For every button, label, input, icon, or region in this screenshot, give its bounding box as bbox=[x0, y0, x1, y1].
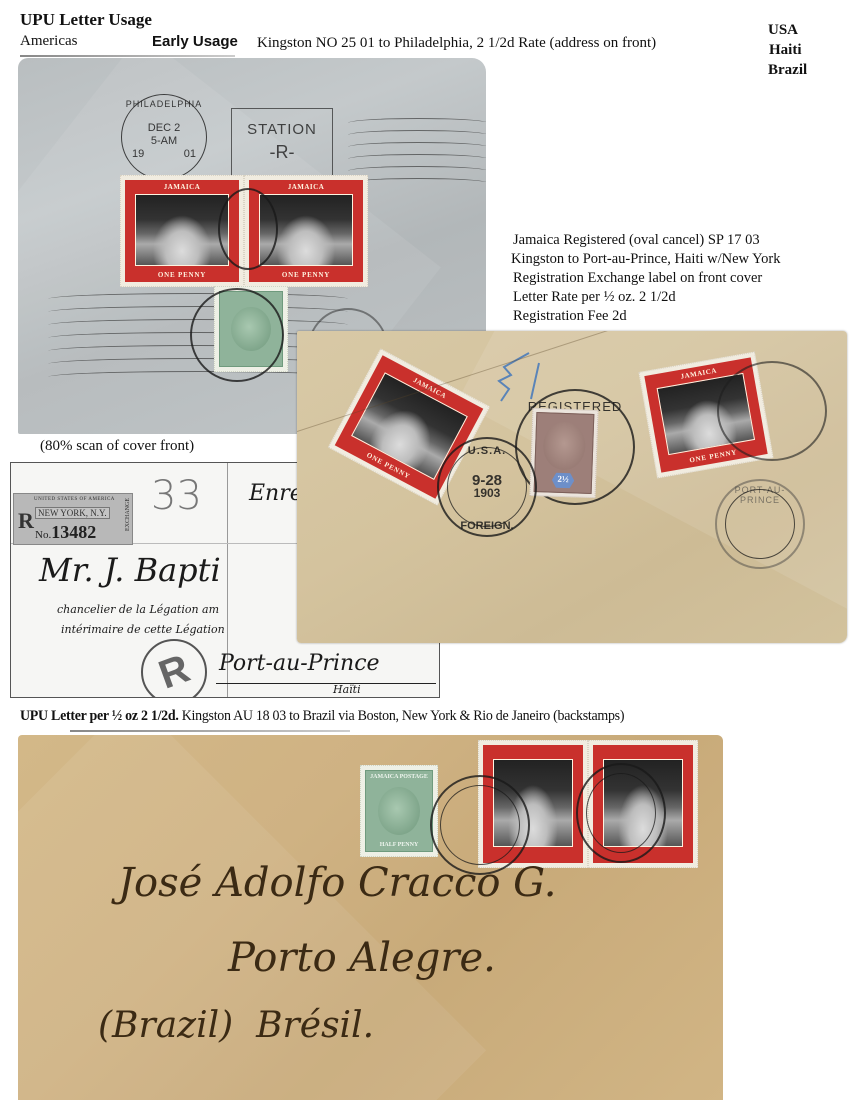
postmark-city: PHILADELPHIA bbox=[122, 99, 206, 109]
postmark-year-left: 19 bbox=[132, 148, 144, 161]
r-handstamp: R bbox=[141, 639, 207, 698]
early-usage-label: Early Usage bbox=[152, 33, 238, 50]
reg-label-exchange: EXCHANGE bbox=[125, 498, 131, 531]
region-label: Americas bbox=[20, 33, 77, 50]
kingston-cds-postmark bbox=[190, 288, 284, 382]
wavy-cancel-line bbox=[348, 178, 486, 188]
address-country: (Brazil) Brésil. bbox=[98, 1005, 374, 1046]
stamp-value: HALF PENNY bbox=[366, 842, 432, 848]
reg-label-r: R bbox=[18, 508, 34, 534]
address-city: Port-au-Prince bbox=[219, 651, 380, 676]
stamp-denomination: 2½ bbox=[552, 472, 575, 488]
header-divider bbox=[20, 55, 235, 57]
postmark-year-right: 01 bbox=[184, 148, 196, 161]
scan-note: (80% scan of cover front) bbox=[40, 438, 194, 455]
wavy-cancel-line bbox=[48, 293, 348, 305]
note-line: Letter Rate per ½ oz. 2 1/2d bbox=[513, 288, 780, 307]
cover-haiti-back: JAMAICA ONE PENNY REGISTERED 2½ U.S.A. 9… bbox=[297, 331, 847, 643]
kingston-cancel bbox=[218, 188, 278, 270]
reg-label-number: 13482 bbox=[51, 522, 96, 542]
address-line: intérimaire de cette Légation bbox=[61, 623, 225, 636]
postmark-date: DEC 2 bbox=[148, 122, 180, 135]
port-au-prince-text: PORT-AU-PRINCE bbox=[717, 485, 803, 505]
page-title: UPU Letter Usage bbox=[20, 10, 152, 30]
stamp-country: JAMAICA bbox=[125, 183, 239, 191]
flag-cancel-letter: -R- bbox=[232, 142, 332, 163]
note-line: Jamaica Registered (oval cancel) SP 17 0… bbox=[513, 231, 780, 250]
queen-portrait bbox=[378, 787, 420, 835]
philadelphia-postmark: PHILADELPHIA DEC 2 5-AM 19 01 bbox=[121, 94, 207, 180]
wavy-cancel-line bbox=[348, 130, 486, 140]
wavy-cancel-line bbox=[348, 166, 486, 176]
wavy-cancel-line bbox=[348, 154, 486, 164]
ny-postmark-date: 9-28 bbox=[472, 474, 502, 487]
note-line: Registration Fee 2d bbox=[513, 307, 780, 326]
jamaica-halfpenny-stamp: JAMAICA POSTAGE HALF PENNY bbox=[360, 765, 438, 857]
reg-label-no-prefix: No. bbox=[35, 529, 51, 541]
kingston-postmark bbox=[576, 763, 666, 863]
cover-brazil: JAMAICA POSTAGE HALF PENNY José Adolfo C… bbox=[18, 735, 723, 1100]
country-brazil: Brazil bbox=[768, 60, 807, 80]
underline bbox=[216, 683, 436, 684]
stamp-country: JAMAICA POSTAGE bbox=[366, 774, 432, 780]
stamp-country: JAMAICA bbox=[249, 183, 363, 191]
wavy-cancel-line bbox=[348, 142, 486, 152]
ny-postmark-top: U.S.A. bbox=[439, 445, 535, 457]
first-cover-description: Kingston NO 25 01 to Philadelphia, 2 1/2… bbox=[257, 35, 656, 52]
address-country: Haïti bbox=[333, 683, 361, 696]
country-list: USA Haiti Brazil bbox=[768, 20, 807, 80]
reg-label-top: UNITED STATES OF AMERICA bbox=[34, 497, 115, 502]
brazil-heading-text: Kingston AU 18 03 to Brazil via Boston, … bbox=[179, 708, 625, 724]
jamaica-2-half-d-stamp: 2½ bbox=[529, 408, 598, 498]
registration-exchange-label: R UNITED STATES OF AMERICA NEW YORK, N.Y… bbox=[13, 493, 133, 545]
registered-cover-notes: Jamaica Registered (oval cancel) SP 17 0… bbox=[513, 231, 780, 326]
address-name: José Adolfo Cracco G. bbox=[118, 860, 556, 906]
country-usa: USA bbox=[768, 20, 807, 40]
note-line: Kingston to Port-au-Prince, Haiti w/New … bbox=[511, 250, 780, 269]
brazil-cover-heading: UPU Letter per ½ oz 2 1/2d. Kingston AU … bbox=[20, 708, 624, 725]
stamp-value: ONE PENNY bbox=[249, 271, 363, 279]
queen-portrait bbox=[542, 421, 586, 471]
ny-postmark-year: 1903 bbox=[474, 487, 501, 500]
pencil-number: 33 bbox=[151, 473, 202, 519]
falls-vignette bbox=[135, 194, 229, 266]
r-handstamp-letter: R bbox=[153, 646, 196, 698]
port-au-prince-arrival-postmark: PORT-AU-PRINCE bbox=[715, 479, 805, 569]
brazil-divider bbox=[70, 730, 350, 732]
wavy-cancel-line bbox=[348, 118, 486, 128]
note-line: Registration Exchange label on front cov… bbox=[513, 269, 780, 288]
address-line: chancelier de la Légation am bbox=[57, 603, 219, 616]
flag-cancel-text: STATION bbox=[232, 121, 332, 138]
stamp-value: ONE PENNY bbox=[125, 271, 239, 279]
country-haiti: Haiti bbox=[768, 40, 807, 60]
address-city: Porto Alegre. bbox=[228, 935, 496, 981]
reg-label-city: NEW YORK, N.Y. bbox=[35, 507, 110, 519]
ny-postmark-bottom: FOREIGN. bbox=[439, 520, 535, 532]
station-r-flag-cancel: STATION -R- bbox=[231, 108, 333, 176]
postmark-time: 5-AM bbox=[151, 135, 177, 148]
addressee-name: Mr. J. Bapti bbox=[39, 551, 221, 589]
registered-oval-cancel-partial bbox=[717, 361, 827, 461]
new-york-foreign-postmark: U.S.A. 9-28 1903 FOREIGN. bbox=[437, 437, 537, 537]
brazil-heading-bold: UPU Letter per ½ oz 2 1/2d. bbox=[20, 708, 179, 724]
